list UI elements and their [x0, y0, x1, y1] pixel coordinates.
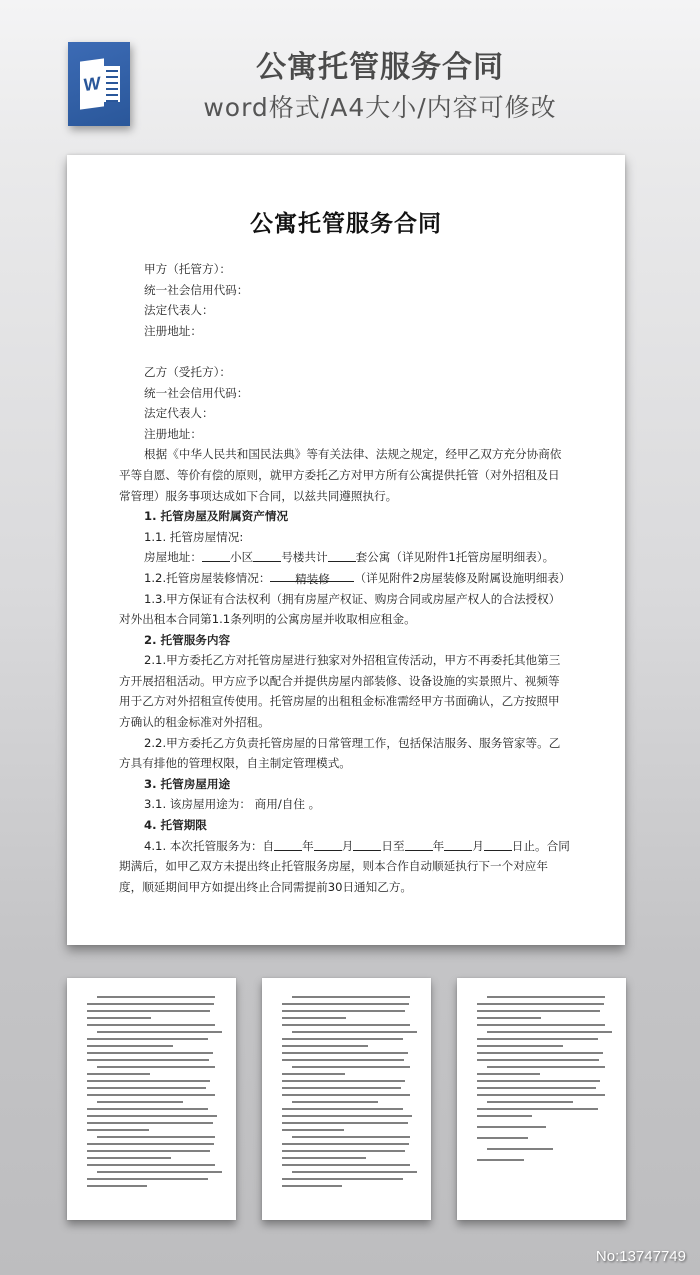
text-line	[97, 1171, 221, 1173]
text-line	[87, 1052, 213, 1054]
party-a-address: 注册地址：	[119, 321, 571, 342]
party-b-legal-rep: 法定代表人：	[119, 403, 571, 424]
clause-1-2-suffix: （详见附件2房屋装修及附属设施明细表）	[354, 571, 570, 585]
month-label: 月	[342, 839, 354, 853]
image-number: No:13747749	[596, 1248, 686, 1265]
text-line	[282, 1024, 410, 1026]
word-document-icon: W	[68, 42, 130, 126]
text-line	[282, 1038, 403, 1040]
address-part-1: 小区	[230, 550, 253, 564]
text-line	[292, 1101, 377, 1103]
text-line	[87, 1115, 217, 1117]
text-line	[477, 1059, 599, 1061]
start-day-field[interactable]	[353, 838, 381, 851]
text-line	[477, 1010, 600, 1012]
page-4-preview[interactable]	[457, 978, 626, 1220]
document-title: 公寓托管服务合同	[67, 205, 625, 238]
greeked-text	[87, 996, 218, 1187]
text-line	[477, 1115, 532, 1117]
text-line	[87, 1045, 173, 1047]
banner-title: 公寓托管服务合同	[190, 42, 570, 86]
word-lines-icon	[104, 66, 120, 102]
text-line	[87, 1178, 208, 1180]
text-line	[487, 1101, 572, 1103]
text-line	[87, 1122, 213, 1124]
clause-1-2-prefix: 1.2.托管房屋装修情况：	[144, 571, 270, 585]
clause-2-2: 2.2.甲方委托乙方负责托管房屋的日常管理工作，包括保洁服务、服务管家等。乙方具…	[119, 733, 571, 774]
text-line	[282, 1129, 344, 1131]
text-line	[87, 1024, 215, 1026]
text-line	[477, 1038, 598, 1040]
text-line	[477, 1126, 546, 1128]
page-3-preview[interactable]	[262, 978, 431, 1220]
text-line	[87, 1038, 208, 1040]
end-year-field[interactable]	[405, 838, 433, 851]
text-line	[282, 1073, 345, 1075]
text-line	[282, 1003, 409, 1005]
spacer	[119, 341, 571, 362]
year-label: 年	[433, 839, 445, 853]
text-line	[477, 1108, 598, 1110]
blank-field[interactable]	[253, 549, 281, 562]
text-line	[282, 1115, 412, 1117]
start-month-field[interactable]	[314, 838, 342, 851]
header-banner: W 公寓托管服务合同 word格式/A4大小/内容可修改	[0, 0, 700, 150]
document-page-main: 公寓托管服务合同 甲方（托管方）： 统一社会信用代码： 法定代表人： 注册地址：…	[67, 155, 625, 945]
clause-house-address: 房屋地址：小区号楼共计套公寓（详见附件1托管房屋明细表）。	[119, 547, 571, 568]
text-line	[87, 1164, 215, 1166]
text-line	[292, 996, 410, 998]
end-day-field[interactable]	[484, 838, 512, 851]
party-b-label: 乙方（受托方）：	[119, 362, 571, 383]
text-line	[282, 1164, 410, 1166]
text-line	[477, 1052, 603, 1054]
clause-4-1-prefix: 4.1. 本次托管服务为：自	[144, 839, 274, 853]
word-letter: W	[80, 58, 104, 109]
text-line	[477, 1080, 600, 1082]
text-line	[487, 996, 605, 998]
text-line	[282, 1143, 409, 1145]
text-line	[487, 1148, 553, 1150]
text-line	[97, 1136, 215, 1138]
party-a-legal-rep: 法定代表人：	[119, 300, 571, 321]
text-line	[477, 1094, 605, 1096]
day-end-label: 日止。	[512, 839, 547, 853]
section-3-heading: 3. 托管房屋用途	[119, 774, 571, 795]
day-to-label: 日至	[381, 839, 404, 853]
text-line	[282, 1052, 408, 1054]
page-2-preview[interactable]	[67, 978, 236, 1220]
start-year-field[interactable]	[274, 838, 302, 851]
section-2-heading: 2. 托管服务内容	[119, 630, 571, 651]
text-line	[477, 1003, 604, 1005]
section-4-heading: 4. 托管期限	[119, 815, 571, 836]
text-line	[282, 1094, 410, 1096]
clause-3-1: 3.1. 该房屋用途为： 商用/自住 。	[119, 794, 571, 815]
text-line	[97, 1031, 221, 1033]
text-line	[87, 1185, 147, 1187]
text-line	[292, 1066, 410, 1068]
text-line	[282, 1178, 403, 1180]
text-line	[87, 1017, 151, 1019]
text-line	[282, 1080, 405, 1082]
text-line	[282, 1157, 366, 1159]
clause-1-2: 1.2.托管房屋装修情况：精装修（详见附件2房屋装修及附属设施明细表）	[119, 568, 571, 589]
text-line	[282, 1059, 404, 1061]
text-line	[487, 1066, 605, 1068]
text-line	[87, 1059, 209, 1061]
clause-1-3: 1.3.甲方保证有合法权利（拥有房屋产权证、购房合同或房屋产权人的合法授权）对外…	[119, 589, 571, 630]
text-line	[87, 1010, 210, 1012]
text-line	[87, 1073, 150, 1075]
text-line	[282, 1108, 403, 1110]
document-body: 甲方（托管方）： 统一社会信用代码： 法定代表人： 注册地址： 乙方（受托方）：…	[119, 259, 571, 897]
blank-field[interactable]	[328, 549, 356, 562]
banner-subtitle: word格式/A4大小/内容可修改	[190, 88, 570, 124]
text-line	[282, 1122, 408, 1124]
address-part-2: 号楼共计	[281, 550, 327, 564]
text-line	[477, 1073, 540, 1075]
clause-2-1: 2.1.甲方委托乙方对托管房屋进行独家对外招租宣传活动，甲方不再委托其他第三方开…	[119, 650, 571, 732]
text-line	[477, 1017, 541, 1019]
text-line	[97, 1066, 215, 1068]
end-month-field[interactable]	[444, 838, 472, 851]
blank-field[interactable]	[202, 549, 230, 562]
section-1-heading: 1. 托管房屋及附属资产情况	[119, 506, 571, 527]
text-line	[87, 1150, 210, 1152]
text-line	[477, 1159, 524, 1161]
text-line	[292, 1136, 410, 1138]
text-line	[487, 1031, 611, 1033]
text-line	[87, 1108, 208, 1110]
party-b-address: 注册地址：	[119, 424, 571, 445]
party-a-credit-code: 统一社会信用代码：	[119, 280, 571, 301]
text-line	[477, 1137, 528, 1139]
text-line	[87, 1094, 215, 1096]
text-line	[97, 996, 215, 998]
text-line	[282, 1010, 405, 1012]
party-b-credit-code: 统一社会信用代码：	[119, 383, 571, 404]
text-line	[87, 1157, 171, 1159]
text-line	[87, 1129, 149, 1131]
text-line	[282, 1185, 342, 1187]
text-line	[87, 1143, 214, 1145]
address-prefix: 房屋地址：	[144, 550, 202, 564]
party-a-label: 甲方（托管方）：	[119, 259, 571, 280]
text-line	[87, 1080, 210, 1082]
clause-4-1: 4.1. 本次托管服务为：自年月日至年月日止。合同期满后，如甲乙双方未提出终止托…	[119, 836, 571, 898]
text-line	[477, 1045, 563, 1047]
clause-1-1: 1.1. 托管房屋情况:	[119, 527, 571, 548]
text-line	[87, 1003, 214, 1005]
text-line	[87, 1087, 206, 1089]
text-line	[282, 1045, 368, 1047]
text-line	[97, 1101, 182, 1103]
year-label: 年	[302, 839, 314, 853]
text-line	[292, 1031, 416, 1033]
greeked-text	[282, 996, 413, 1187]
text-line	[477, 1087, 596, 1089]
address-part-3: 套公寓（详见附件1托管房屋明细表）。	[356, 550, 555, 564]
greeked-text	[477, 996, 608, 1161]
preamble-paragraph: 根据《中华人民共和国民法典》等有关法律、法规之规定，经甲乙双方充分协商依平等自愿…	[119, 444, 571, 506]
decoration-value-field[interactable]: 精装修	[270, 569, 354, 582]
month-label: 月	[472, 839, 484, 853]
text-line	[477, 1024, 605, 1026]
text-line	[282, 1150, 405, 1152]
text-line	[282, 1087, 401, 1089]
text-line	[292, 1171, 416, 1173]
text-line	[282, 1017, 346, 1019]
